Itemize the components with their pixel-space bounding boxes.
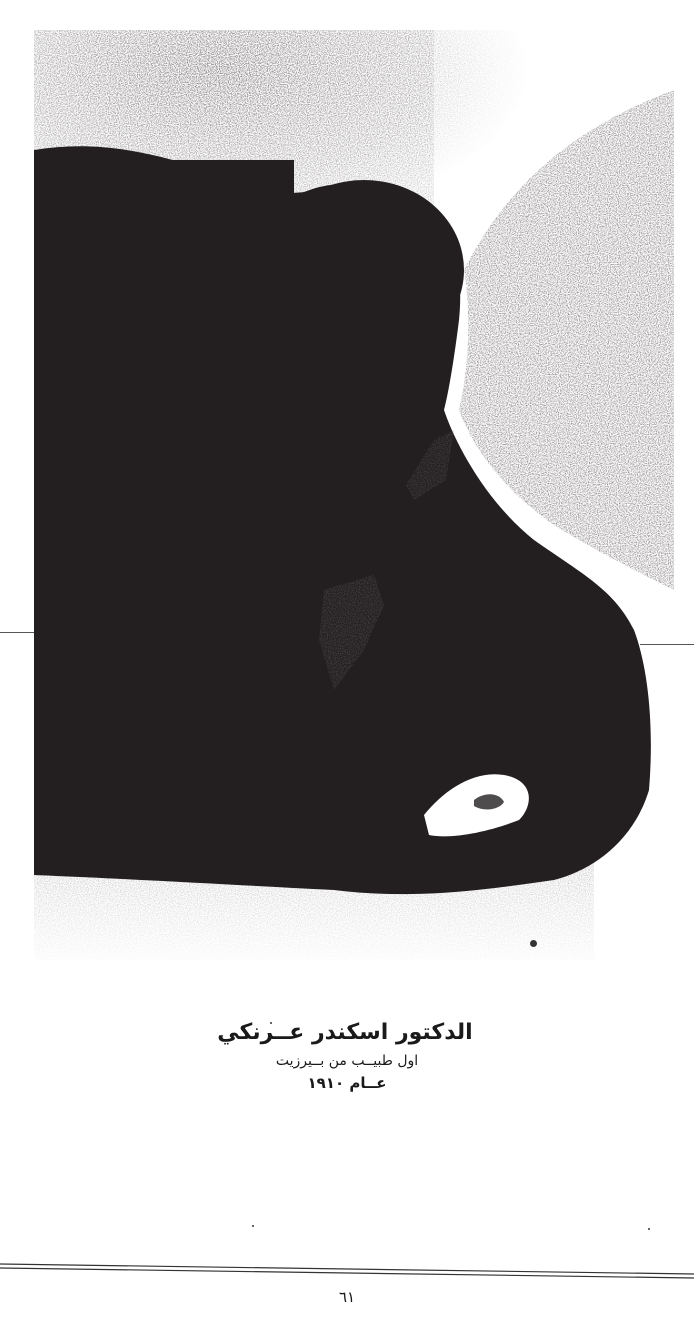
photo-caption: الدكتور اسكندر عــرنكي اول طبيــب من بــ… — [0, 1018, 694, 1094]
page-number: ٦١ — [0, 1288, 694, 1306]
caption-name: الدكتور اسكندر عــرنكي — [0, 1018, 690, 1048]
ink-speck — [648, 1228, 650, 1230]
ink-speck — [530, 940, 537, 947]
caption-subtitle: اول طبيــب من بــيرزيت — [0, 1050, 694, 1072]
margin-rule-left — [0, 632, 34, 633]
caption-year: عــام ١٩١٠ — [0, 1072, 694, 1094]
footer-rules — [0, 1262, 694, 1282]
book-page: الدكتور اسكندر عــرنكي اول طبيــب من بــ… — [0, 0, 694, 1336]
ink-speck — [252, 1225, 254, 1227]
portrait-photograph — [34, 30, 674, 960]
